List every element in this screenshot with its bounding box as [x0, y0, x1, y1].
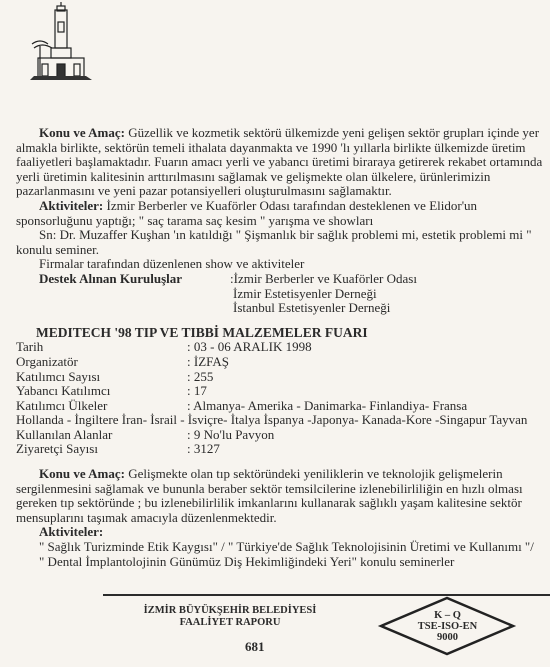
- document-body: Konu ve Amaç: Güzellik ve kozmetik sektö…: [16, 126, 546, 569]
- fact-row: Organizatör: İZFAŞ: [16, 355, 546, 370]
- fact-row: Katılımcı Sayısı: 255: [16, 370, 546, 385]
- footer-organization: İZMİR BÜYÜKŞEHİR BELEDİYESİ FAALİYET RAP…: [170, 605, 290, 629]
- section1-activities: Aktiviteler: İzmir Berberler ve Kuaförle…: [16, 199, 546, 228]
- section1-firms: Firmalar tarafından düzenlenen show ve a…: [16, 257, 546, 272]
- fact-row: Kullanılan Alanlar: 9 No'lu Pavyon: [16, 428, 546, 443]
- support-organizations: Destek Alınan Kuruluşlar :İzmir Berberle…: [16, 272, 546, 316]
- section1-seminar: Sn: Dr. Muzaffer Kuşhan 'ın katıldığı " …: [16, 228, 546, 257]
- support-item: İzmir Estetisyenler Derneği: [230, 287, 417, 302]
- fact-row: Tarih: 03 - 06 ARALIK 1998: [16, 340, 546, 355]
- section2-seminar-2: " Dental İmplantolojinin Günümüz Diş Hek…: [16, 555, 546, 570]
- section2-title: MEDITECH '98 TIP VE TIBBİ MALZEMELER FUA…: [16, 326, 546, 341]
- fact-row: Ziyaretçi Sayısı: 3127: [16, 442, 546, 457]
- certification-badge: K – Q TSE-ISO-EN 9000: [410, 610, 485, 643]
- support-item: İstanbul Estetisyenler Derneği: [230, 301, 417, 316]
- section2-seminar-1: " Sağlık Turizminde Etik Kaygısı" / " Tü…: [16, 540, 546, 555]
- fact-row: Katılımcı Ülkeler: Almanya- Amerika - Da…: [16, 399, 546, 414]
- fact-row: Yabancı Katılımcı: 17: [16, 384, 546, 399]
- support-item: :İzmir Berberler ve Kuaförler Odası: [230, 272, 417, 287]
- countries-continued: Hollanda - İngiltere İran- İsrail - İsvi…: [16, 413, 546, 428]
- izmir-clock-tower-icon: [24, 2, 99, 82]
- section2-intro: Konu ve Amaç: Gelişmekte olan tıp sektör…: [16, 467, 546, 525]
- page-number: 681: [245, 639, 265, 655]
- section2-activities-label: Aktiviteler:: [16, 525, 546, 540]
- section1-intro: Konu ve Amaç: Güzellik ve kozmetik sektö…: [16, 126, 546, 199]
